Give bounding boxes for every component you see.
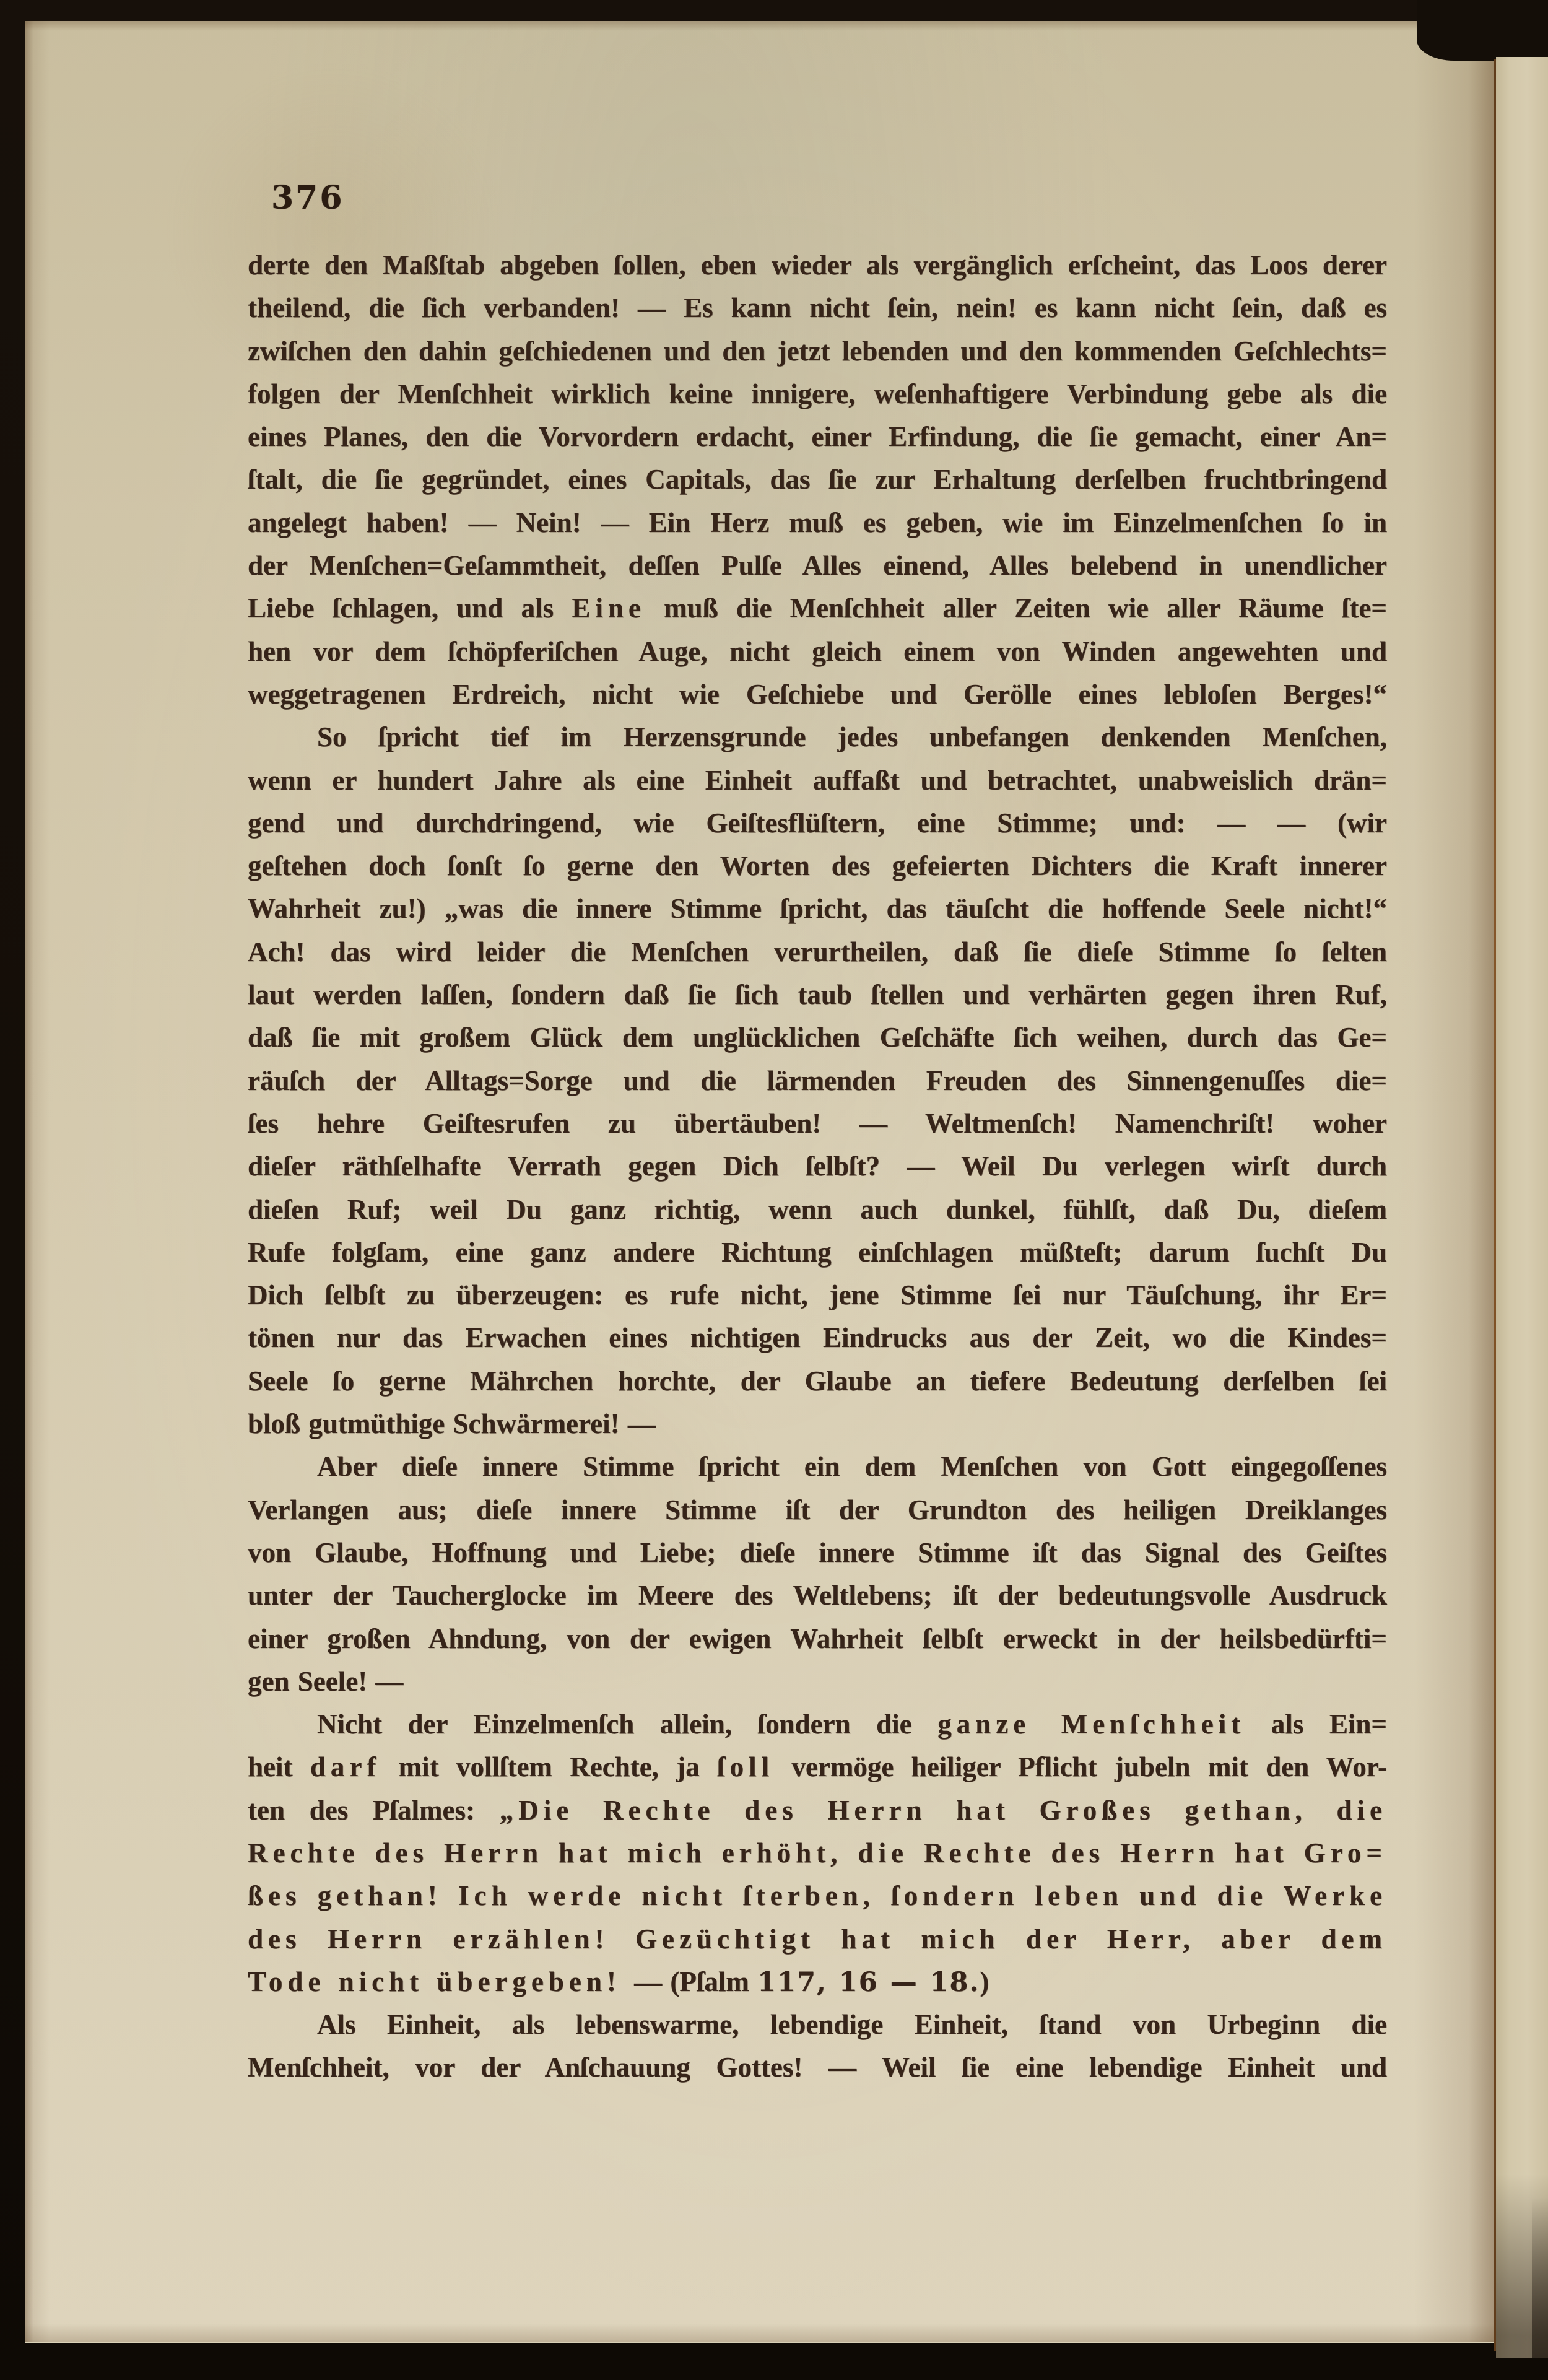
text-segment: angelegt haben! — Nein! — Ein Herz muß e… (248, 507, 1387, 538)
text-line: ßes gethan! Ich werde nicht ſterben, ſon… (248, 1875, 1387, 1917)
text-segment: So ſpricht tief im Herzensgrunde jedes u… (317, 721, 1387, 752)
text-line: Wahrheit zu!) „was die innere Stimme ſpr… (248, 887, 1387, 930)
text-segment: Rufe folgſam, eine ganz andere Richtung … (248, 1237, 1387, 1268)
text-line: der Menſchen=Geſammtheit, deſſen Pulſe A… (248, 544, 1387, 587)
letterspaced-text: ßes gethan! Ich werde nicht ſterben, ſon… (248, 1880, 1387, 1911)
text-line: folgen der Menſchheit wirklich keine inn… (248, 373, 1387, 416)
text-segment: Wahrheit zu!) „was die innere Stimme ſpr… (248, 893, 1387, 924)
text-segment: derte den Maßſtab abgeben ſollen, eben w… (248, 250, 1387, 281)
text-segment: dieſen Ruf; weil Du ganz richtig, wenn a… (248, 1194, 1387, 1225)
text-segment: bloß gutmüthige Schwärmerei! — (248, 1408, 656, 1439)
text-segment: Dich ſelbſt zu überzeugen: es rufe nicht… (248, 1279, 1387, 1310)
text-line: hen vor dem ſchöpferiſchen Auge, nicht g… (248, 630, 1387, 673)
text-segment: als Ein= (1245, 1709, 1387, 1740)
text-segment: Menſchheit, vor der Anſchauung Gottes! —… (248, 2052, 1387, 2083)
text-line: angelegt haben! — Nein! — Ein Herz muß e… (248, 502, 1387, 544)
text-line: des Herrn erzählen! Gezüchtigt hat mich … (248, 1918, 1387, 1961)
text-line: Verlangen aus; dieſe innere Stimme iſt d… (248, 1489, 1387, 1532)
text-segment: — (Pſalm (634, 1966, 757, 1997)
text-segment: ) (980, 1966, 989, 1997)
text-segment: mit vollſtem Rechte, ja (381, 1751, 717, 1782)
text-line: Liebe ſchlagen, und als Eine muß die Men… (248, 587, 1387, 630)
text-segment: daß ſie mit großem Glück dem unglücklich… (248, 1022, 1387, 1053)
text-segment: Ach! das wird leider die Menſchen verurt… (248, 936, 1387, 967)
text-segment: weggetragenen Erdreich, nicht wie Geſchi… (248, 679, 1387, 710)
letterspaced-text: Rechte des Herrn hat mich erhöht, die Re… (248, 1837, 1387, 1868)
next-page-edge (1496, 57, 1548, 2358)
page-number: 376 (271, 181, 344, 216)
text-line: bloß gutmüthige Schwärmerei! — (248, 1403, 1387, 1445)
text-segment: folgen der Menſchheit wirklich keine inn… (248, 378, 1387, 409)
text-segment: ten des Pſalmes: (248, 1795, 500, 1826)
letterspaced-text: ganze Menſchheit (937, 1709, 1245, 1740)
text-line: Nicht der Einzelmenſch allein, ſondern d… (248, 1703, 1387, 1746)
text-segment: ſtalt, die ſie gegründet, eines Capitals… (248, 464, 1387, 495)
text-segment: Verlangen aus; dieſe innere Stimme iſt d… (248, 1494, 1387, 1525)
text-line: weggetragenen Erdreich, nicht wie Geſchi… (248, 673, 1387, 716)
text-segment: zwiſchen den dahin geſchiedenen und den … (248, 336, 1387, 367)
text-line: Als Einheit, als lebenswarme, lebendige … (248, 2003, 1387, 2046)
letterspaced-text: darf (310, 1751, 381, 1782)
text-block: derte den Maßſtab abgeben ſollen, eben w… (248, 244, 1387, 2090)
text-segment: hen vor dem ſchöpferiſchen Auge, nicht g… (248, 636, 1387, 667)
text-segment: Nicht der Einzelmenſch allein, ſondern d… (317, 1709, 937, 1740)
letterspaced-text: des Herrn erzählen! Gezüchtigt hat mich … (248, 1924, 1387, 1955)
text-segment: gen Seele! — (248, 1666, 403, 1697)
text-segment: ſes hehre Geiſtesrufen zu übertäuben! — … (248, 1108, 1387, 1139)
text-line: daß ſie mit großem Glück dem unglücklich… (248, 1016, 1387, 1059)
text-segment: tönen nur das Erwachen eines nichtigen E… (248, 1322, 1387, 1353)
text-line: eines Planes, den die Vorvordern erdacht… (248, 416, 1387, 458)
letterspaced-text: Tode nicht übergeben! (248, 1966, 634, 1997)
text-line: ſtalt, die ſie gegründet, eines Capitals… (248, 458, 1387, 501)
text-segment: unter der Taucherglocke im Meere des Wel… (248, 1580, 1387, 1611)
text-line: Rufe folgſam, eine ganz andere Richtung … (248, 1231, 1387, 1274)
book-page: 376 derte den Maßſtab abgeben ſollen, eb… (25, 21, 1495, 2343)
text-line: Menſchheit, vor der Anſchauung Gottes! —… (248, 2046, 1387, 2089)
scanner-background-corner (1417, 0, 1548, 61)
text-line: einer großen Ahndung, von der ewigen Wah… (248, 1618, 1387, 1660)
text-line: laut werden laſſen, ſondern daß ſie ſich… (248, 974, 1387, 1016)
text-segment: theilend, die ſich verbanden! — Es kann … (248, 292, 1387, 323)
text-segment: gend und durchdringend, wie Geiſtesflüſt… (248, 808, 1387, 839)
letterspaced-text: ſoll (717, 1751, 774, 1782)
text-line: So ſpricht tief im Herzensgrunde jedes u… (248, 716, 1387, 759)
text-segment: Als Einheit, als lebenswarme, lebendige … (317, 2009, 1387, 2040)
text-segment: Seele ſo gerne Mährchen horchte, der Gla… (248, 1366, 1387, 1397)
text-segment: muß die Menſchheit aller Zeiten wie alle… (646, 593, 1387, 624)
text-segment: dieſer räthſelhafte Verrath gegen Dich ſ… (248, 1151, 1387, 1182)
letterspaced-text: Eine (572, 593, 646, 624)
text-line: dieſen Ruf; weil Du ganz richtig, wenn a… (248, 1188, 1387, 1231)
text-segment: Liebe ſchlagen, und als (248, 593, 572, 624)
text-line: zwiſchen den dahin geſchiedenen und den … (248, 330, 1387, 373)
text-line: geſtehen doch ſonſt ſo gerne den Worten … (248, 845, 1387, 887)
text-segment: der Menſchen=Geſammtheit, deſſen Pulſe A… (248, 550, 1387, 581)
text-segment: einer großen Ahndung, von der ewigen Wah… (248, 1623, 1387, 1654)
text-segment: wenn er hundert Jahre als eine Einheit a… (248, 765, 1387, 796)
text-line: Dich ſelbſt zu überzeugen: es rufe nicht… (248, 1274, 1387, 1317)
text-line: ſes hehre Geiſtesrufen zu übertäuben! — … (248, 1102, 1387, 1145)
text-line: Ach! das wird leider die Menſchen verurt… (248, 931, 1387, 974)
text-line: Rechte des Herrn hat mich erhöht, die Re… (248, 1832, 1387, 1875)
text-line: räuſch der Alltags=Sorge und die lärmend… (248, 1060, 1387, 1102)
text-segment: räuſch der Alltags=Sorge und die lärmend… (248, 1065, 1387, 1096)
text-segment: Aber dieſe innere Stimme ſpricht ein dem… (317, 1451, 1387, 1482)
text-line: unter der Taucherglocke im Meere des Wel… (248, 1574, 1387, 1617)
text-segment: vermöge heiliger Pflicht jubeln mit den … (774, 1751, 1387, 1782)
text-line: wenn er hundert Jahre als eine Einheit a… (248, 759, 1387, 802)
text-segment: laut werden laſſen, ſondern daß ſie ſich… (248, 979, 1387, 1010)
text-line: Aber dieſe innere Stimme ſpricht ein dem… (248, 1445, 1387, 1488)
text-line: theilend, die ſich verbanden! — Es kann … (248, 287, 1387, 329)
text-line: ten des Pſalmes: „Die Rechte des Herrn h… (248, 1789, 1387, 1832)
text-line: gend und durchdringend, wie Geiſtesflüſt… (248, 802, 1387, 845)
psalm-reference-numbers: 117, 16 — 18. (757, 1967, 980, 1998)
text-line: von Glaube, Hoffnung und Liebe; dieſe in… (248, 1532, 1387, 1574)
letterspaced-text: „Die Rechte des Herrn hat Großes gethan,… (500, 1795, 1387, 1826)
text-line: gen Seele! — (248, 1660, 1387, 1703)
text-line: heit darf mit vollſtem Rechte, ja ſoll v… (248, 1746, 1387, 1789)
text-line: Seele ſo gerne Mährchen horchte, der Gla… (248, 1360, 1387, 1403)
text-line: dieſer räthſelhafte Verrath gegen Dich ſ… (248, 1145, 1387, 1188)
text-segment: von Glaube, Hoffnung und Liebe; dieſe in… (248, 1537, 1387, 1568)
text-segment: eines Planes, den die Vorvordern erdacht… (248, 421, 1387, 452)
text-line: Tode nicht übergeben! — (Pſalm 117, 16 —… (248, 1961, 1387, 2003)
text-line: tönen nur das Erwachen eines nichtigen E… (248, 1317, 1387, 1359)
text-segment: geſtehen doch ſonſt ſo gerne den Worten … (248, 850, 1387, 881)
text-segment: heit (248, 1751, 310, 1782)
text-line: derte den Maßſtab abgeben ſollen, eben w… (248, 244, 1387, 287)
